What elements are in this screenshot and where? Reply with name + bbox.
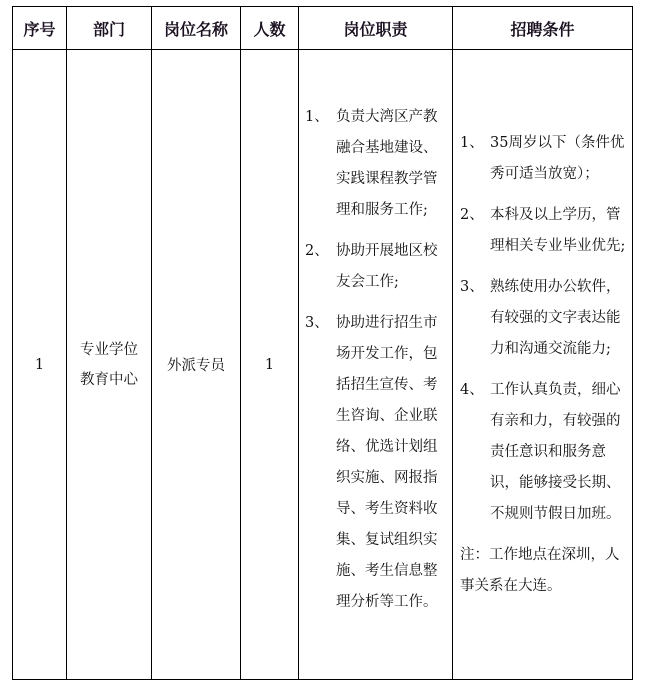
department-line: 教育中心 bbox=[67, 365, 151, 395]
duty-number: 3、 bbox=[305, 308, 336, 618]
cell-department: 专业学位 教育中心 bbox=[67, 50, 152, 680]
cell-position: 外派专员 bbox=[152, 50, 241, 680]
duty-number: 2、 bbox=[305, 236, 336, 298]
cell-requirements: 1、 35周岁以下（条件优秀可适当放宽）； 2、 本科及以上学历，管理相关专业毕… bbox=[453, 50, 633, 680]
job-posting-table: 序号 部门 岗位名称 人数 岗位职责 招聘条件 1 专业学位 教育中心 外派专员… bbox=[12, 6, 633, 680]
requirement-item: 2、 本科及以上学历，管理相关专业毕业优先; bbox=[460, 200, 628, 262]
requirements-list: 1、 35周岁以下（条件优秀可适当放宽）； 2、 本科及以上学历，管理相关专业毕… bbox=[460, 128, 628, 602]
requirement-item: 4、 工作认真负责，细心有亲和力，有较强的责任意识和服务意识，能够接受长期、不规… bbox=[460, 375, 628, 530]
cell-count: 1 bbox=[241, 50, 299, 680]
requirement-number: 1、 bbox=[460, 128, 490, 190]
requirement-number: 4、 bbox=[460, 375, 490, 530]
department-line: 专业学位 bbox=[67, 335, 151, 365]
header-position: 岗位名称 bbox=[152, 7, 241, 50]
requirement-text: 熟练使用办公软件，有较强的文字表达能力和沟通交流能力; bbox=[490, 272, 628, 365]
duty-number: 1、 bbox=[305, 102, 336, 226]
cell-duties: 1、 负责大湾区产教融合基地建设、实践课程教学管理和服务工作; 2、 协助开展地… bbox=[299, 50, 453, 680]
requirement-item: 1、 35周岁以下（条件优秀可适当放宽）； bbox=[460, 128, 628, 190]
work-location-note: 注：工作地点在深圳，人事关系在大连。 bbox=[460, 540, 628, 602]
duty-text: 协助开展地区校友会工作; bbox=[336, 236, 445, 298]
header-department: 部门 bbox=[67, 7, 152, 50]
duty-item: 1、 负责大湾区产教融合基地建设、实践课程教学管理和服务工作; bbox=[305, 102, 445, 226]
requirement-number: 3、 bbox=[460, 272, 490, 365]
header-row: 序号 部门 岗位名称 人数 岗位职责 招聘条件 bbox=[13, 7, 633, 50]
duties-list: 1、 负责大湾区产教融合基地建设、实践课程教学管理和服务工作; 2、 协助开展地… bbox=[305, 102, 445, 618]
duty-item: 3、 协助进行招生市场开发工作，包括招生宣传、考生咨询、企业联络、优选计划组织实… bbox=[305, 308, 445, 618]
header-count: 人数 bbox=[241, 7, 299, 50]
cell-index: 1 bbox=[13, 50, 67, 680]
requirement-number: 2、 bbox=[460, 200, 490, 262]
duty-text: 负责大湾区产教融合基地建设、实践课程教学管理和服务工作; bbox=[336, 102, 445, 226]
requirement-item: 3、 熟练使用办公软件，有较强的文字表达能力和沟通交流能力; bbox=[460, 272, 628, 365]
duty-item: 2、 协助开展地区校友会工作; bbox=[305, 236, 445, 298]
header-index: 序号 bbox=[13, 7, 67, 50]
requirement-text: 35周岁以下（条件优秀可适当放宽）； bbox=[490, 128, 628, 190]
header-requirements: 招聘条件 bbox=[453, 7, 633, 50]
duty-text: 协助进行招生市场开发工作，包括招生宣传、考生咨询、企业联络、优选计划组织实施、网… bbox=[336, 308, 445, 618]
table-row: 1 专业学位 教育中心 外派专员 1 1、 负责大湾区产教融合基地建设、实践课程… bbox=[13, 50, 633, 680]
requirement-text: 工作认真负责，细心有亲和力，有较强的责任意识和服务意识，能够接受长期、不规则节假… bbox=[490, 375, 628, 530]
requirement-text: 本科及以上学历，管理相关专业毕业优先; bbox=[490, 200, 628, 262]
header-duties: 岗位职责 bbox=[299, 7, 453, 50]
